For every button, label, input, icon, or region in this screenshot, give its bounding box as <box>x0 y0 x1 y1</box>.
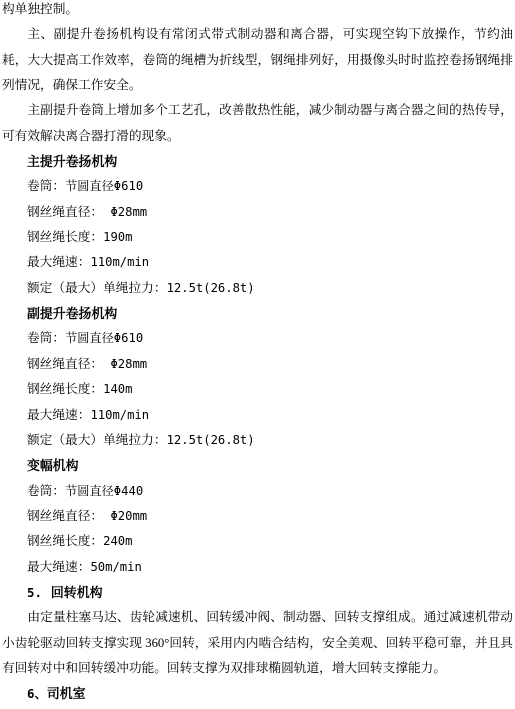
spec-row: 额定（最大）单绳拉力：12.5t(26.8t) <box>2 276 513 301</box>
spec-value: Φ28mm <box>103 205 147 219</box>
spec-value: Φ28mm <box>103 357 147 371</box>
spec-row: 钢丝绳长度：190m <box>2 225 513 250</box>
section-number: 6、 <box>27 686 47 701</box>
spec-row: 卷筒：节圆直径Φ440 <box>2 479 513 504</box>
paragraph-continuation-fragment: 构单独控制。 <box>2 0 513 22</box>
spec-label: 钢丝绳长度： <box>27 382 103 396</box>
section-heading-main-hoist: 主提升卷扬机构 <box>2 149 513 174</box>
spec-label: 最大绳速： <box>27 408 90 422</box>
paragraph-process-holes: 主副提升卷筒上增加多个工艺孔，改善散热性能，减少制动器与离合器之间的热传导，可有… <box>2 98 513 149</box>
spec-value: 190m <box>103 230 132 244</box>
spec-label: 最大绳速： <box>27 255 90 269</box>
document-page: 构单独控制。 主、副提升卷扬机构设有常闭式带式制动器和离合器，可实现空钩下放操作… <box>0 0 515 709</box>
spec-row: 钢丝绳长度：140m <box>2 377 513 402</box>
document-content: 构单独控制。 主、副提升卷扬机构设有常闭式带式制动器和离合器，可实现空钩下放操作… <box>2 0 513 707</box>
spec-row: 钢丝绳直径： Φ28mm <box>2 200 513 225</box>
spec-row: 最大绳速：110m/min <box>2 403 513 428</box>
spec-value: 12.5t(26.8t) <box>167 433 255 447</box>
spec-value: 110m/min <box>90 408 149 422</box>
section-title: 回转机构 <box>51 585 103 600</box>
section-number: 5. <box>27 585 42 600</box>
section-heading-cab: 6、司机室 <box>2 681 513 706</box>
spec-label: 钢丝绳长度： <box>27 534 103 548</box>
section-title: 司机室 <box>47 686 86 701</box>
spec-value: 12.5t(26.8t) <box>167 281 255 295</box>
spec-label: 钢丝绳直径： <box>27 509 103 523</box>
spec-value: 节圆直径Φ610 <box>65 331 143 345</box>
spec-row: 卷筒：节圆直径Φ610 <box>2 326 513 351</box>
spec-label: 钢丝绳直径： <box>27 205 103 219</box>
section-heading-aux-hoist: 副提升卷扬机构 <box>2 301 513 326</box>
spec-row: 卷筒：节圆直径Φ610 <box>2 174 513 199</box>
paragraph-slewing-mechanism: 由定量柱塞马达、齿轮减速机、回转缓冲阀、制动器、回转支撑组成。通过减速机带动小齿… <box>2 605 513 681</box>
spec-row: 钢丝绳长度：240m <box>2 529 513 554</box>
spec-value: Φ20mm <box>103 509 147 523</box>
spec-row: 钢丝绳直径： Φ28mm <box>2 352 513 377</box>
spec-label: 卷筒： <box>27 331 65 345</box>
spec-label: 钢丝绳长度： <box>27 230 103 244</box>
spec-row: 最大绳速：50m/min <box>2 555 513 580</box>
spec-label: 卷筒： <box>27 484 65 498</box>
spec-row: 最大绳速：110m/min <box>2 250 513 275</box>
paragraph-hoist-mechanism: 主、副提升卷扬机构设有常闭式带式制动器和离合器，可实现空钩下放操作，节约油耗，大… <box>2 22 513 98</box>
section-heading-luffing: 变幅机构 <box>2 453 513 478</box>
spec-label: 卷筒： <box>27 179 65 193</box>
spec-label: 额定（最大）单绳拉力： <box>27 281 167 295</box>
spec-label: 额定（最大）单绳拉力： <box>27 433 167 447</box>
spec-value: 节圆直径Φ610 <box>65 179 143 193</box>
spec-label: 最大绳速： <box>27 560 90 574</box>
spec-value: 140m <box>103 382 132 396</box>
spec-value: 50m/min <box>90 560 141 574</box>
section-heading-slewing: 5.回转机构 <box>2 580 513 605</box>
spec-label: 钢丝绳直径： <box>27 357 103 371</box>
spec-row: 额定（最大）单绳拉力：12.5t(26.8t) <box>2 428 513 453</box>
spec-value: 240m <box>103 534 132 548</box>
spec-value: 110m/min <box>90 255 149 269</box>
spec-row: 钢丝绳直径： Φ20mm <box>2 504 513 529</box>
spec-value: 节圆直径Φ440 <box>65 484 143 498</box>
